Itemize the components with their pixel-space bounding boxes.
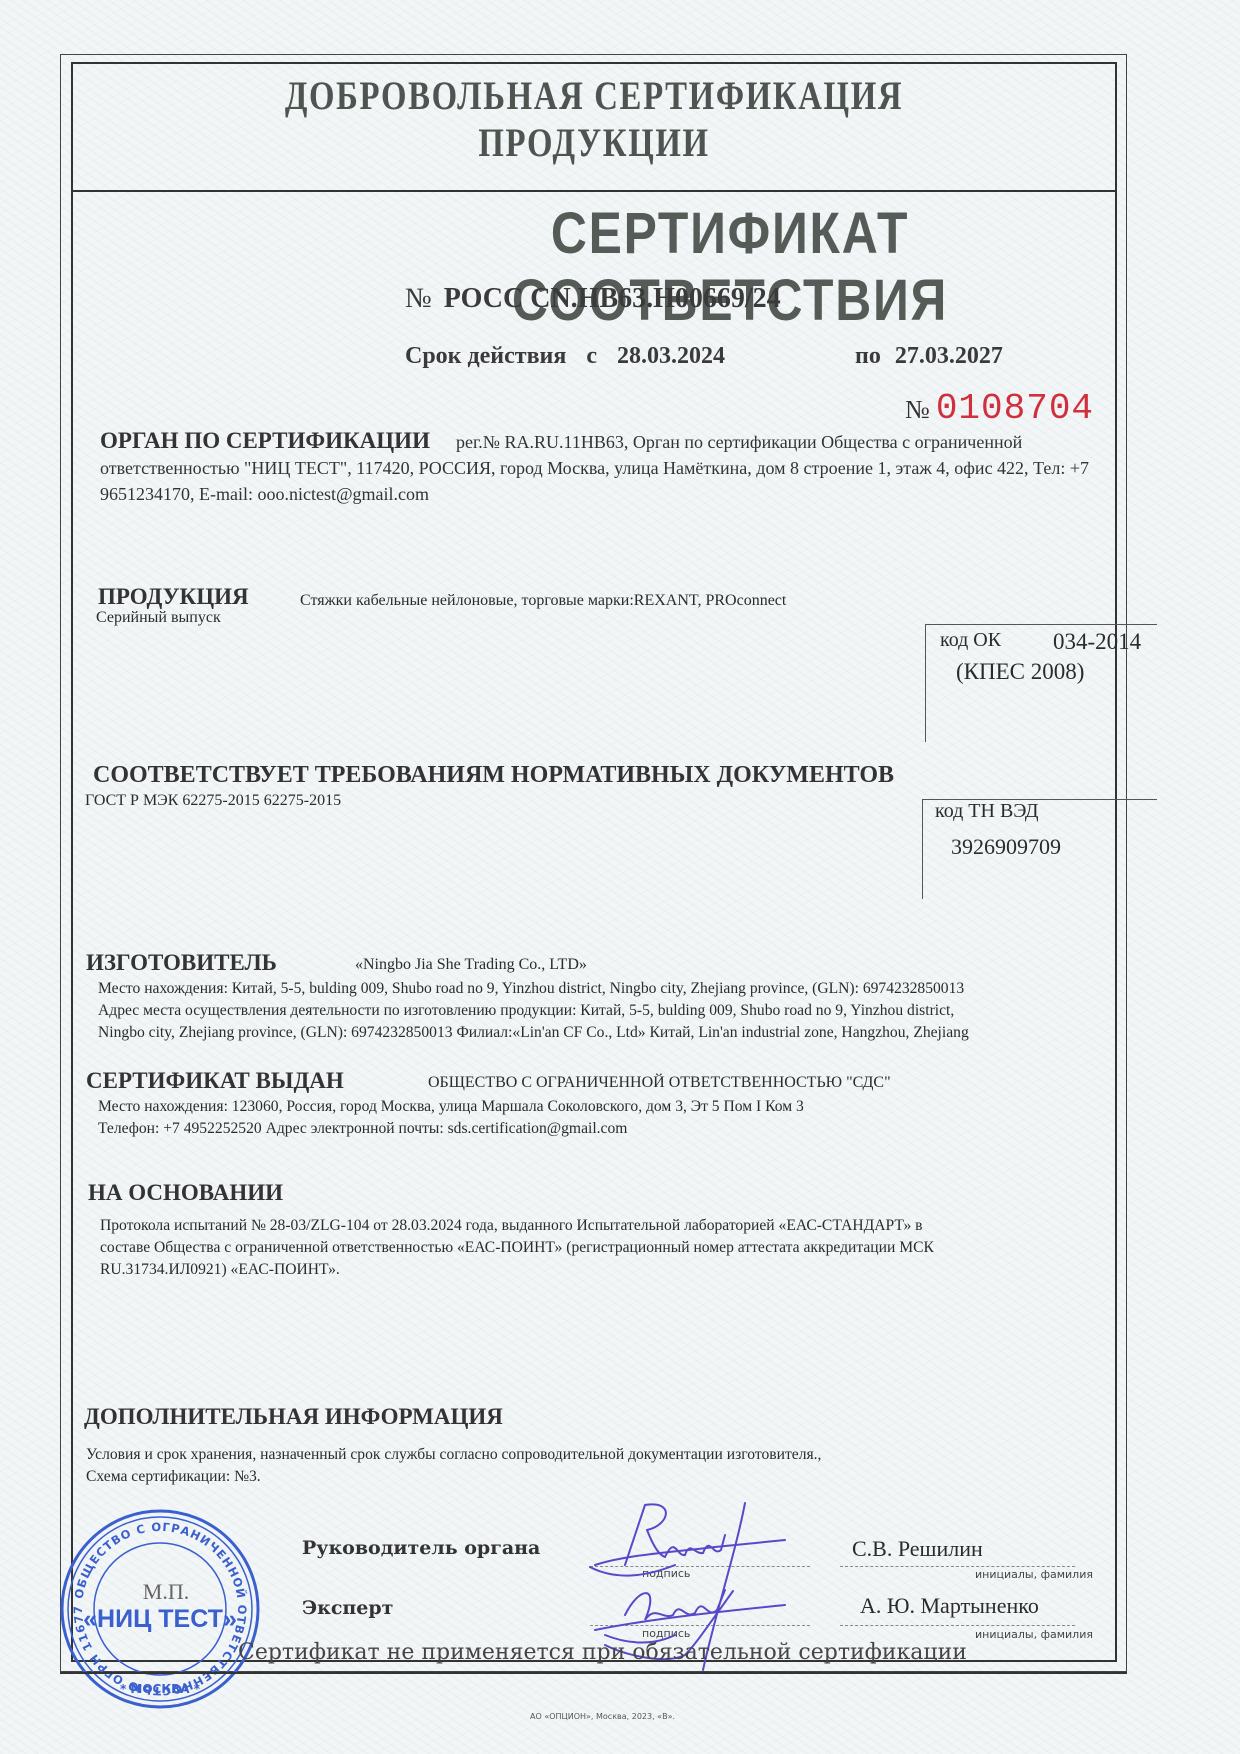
- manufacturer-name: «Ningbo Jia She Trading Co., LTD»: [355, 956, 587, 974]
- reg-no-value: РОСС CN.НВ63.Н00669/24: [444, 283, 781, 314]
- voluntary-disclaimer: Сертификат не применяется при обязательн…: [238, 1640, 967, 1665]
- additional-line: Схема сертификации: №3.: [86, 1466, 821, 1488]
- header-divider: [71, 190, 1117, 192]
- ok-code-value: 034-2014: [1053, 629, 1141, 655]
- serial-number-sign: №: [905, 395, 930, 424]
- valid-to-group: по27.03.2027: [855, 343, 1003, 370]
- serial-number: 0108704: [936, 388, 1094, 429]
- issued-to-title: СЕРТИФИКАТ ВЫДАН: [86, 1068, 344, 1094]
- manufacturer-line: Место нахождения: Китай, 5-5, bulding 00…: [98, 978, 1158, 1000]
- basis-line: составе Общества с ограниченной ответств…: [100, 1237, 1160, 1259]
- product-subtitle: Серийный выпуск: [96, 609, 221, 627]
- basis-title: НА ОСНОВАНИИ: [88, 1180, 283, 1206]
- voluntary-certification-title: ДОБРОВОЛЬНАЯ СЕРТИФИКАЦИЯ ПРОДУКЦИИ: [165, 72, 1023, 166]
- registration-number: №РОСС CN.НВ63.Н00669/24: [405, 283, 781, 315]
- to-label: по: [855, 343, 881, 369]
- svg-text:* МОСКВА *: * МОСКВА *: [120, 1682, 201, 1696]
- head-name: С.В. Решилин: [852, 1536, 983, 1562]
- normative-documents: ГОСТ Р МЭК 62275-2015 62275-2015: [85, 792, 341, 810]
- ok-code-box: код ОК 034-2014 (КПЕС 2008): [925, 624, 1157, 742]
- additional-info-text: Условия и срок хранения, назначенный сро…: [86, 1444, 821, 1488]
- tnved-label: код ТН ВЭД: [935, 800, 1038, 823]
- printer-imprint: АО «ОПЦИОН», Москва, 2023, «В».: [530, 1712, 675, 1721]
- bottom-rule: [60, 1672, 1127, 1674]
- expert-name-line: [840, 1625, 1075, 1626]
- manufacturer-title: ИЗГОТОВИТЕЛЬ: [86, 950, 277, 976]
- form-serial: №0108704: [905, 388, 1094, 429]
- ok-code-label: код ОК: [940, 629, 1001, 652]
- issued-to-line: Телефон: +7 4952252520 Адрес электронной…: [98, 1118, 804, 1140]
- basis-line: Протокола испытаний № 28-03/ZLG-104 от 2…: [100, 1215, 1160, 1237]
- certification-body: ОРГАН ПО СЕРТИФИКАЦИИрег.№ RA.RU.11НВ63,…: [100, 428, 1100, 507]
- manufacturer-line: Адрес места осуществления деятельности п…: [98, 1000, 1158, 1022]
- head-name-line: [840, 1566, 1075, 1567]
- tnved-code-box: код ТН ВЭД 3926909709: [922, 799, 1157, 899]
- manufacturer-line: Ningbo city, Zhejiang province, (GLN): 6…: [98, 1022, 1158, 1044]
- additional-line: Условия и срок хранения, назначенный сро…: [86, 1444, 821, 1466]
- validity-label: Срок действия: [405, 343, 566, 369]
- additional-info-title: ДОПОЛНИТЕЛЬНАЯ ИНФОРМАЦИЯ: [84, 1404, 503, 1430]
- issued-to-address: Место нахождения: 123060, Россия, город …: [98, 1096, 804, 1140]
- number-sign: №: [405, 283, 432, 314]
- expert-label: Эксперт: [302, 1597, 393, 1619]
- expert-name: А. Ю. Мартыненко: [860, 1593, 1039, 1619]
- svg-text:«НИЦ ТЕСТ»: «НИЦ ТЕСТ»: [83, 1605, 237, 1633]
- product-title: ПРОДУКЦИЯ: [98, 584, 249, 610]
- issued-to-line: Место нахождения: 123060, Россия, город …: [98, 1096, 804, 1118]
- validity-period: Срок действия с 28.03.2024 по27.03.2027: [405, 343, 1135, 370]
- head-of-body-label: Руководитель органа: [302, 1537, 540, 1559]
- valid-to: 27.03.2027: [895, 343, 1003, 369]
- basis-line: RU.31734.ИЛ0921) «ЕАС-ПОИНТ».: [100, 1259, 1160, 1281]
- issued-to-name: ОБЩЕСТВО С ОГРАНИЧЕННОЙ ОТВЕТСТВЕННОСТЬЮ…: [428, 1074, 891, 1092]
- manufacturer-address: Место нахождения: Китай, 5-5, bulding 00…: [98, 978, 1158, 1044]
- product-value: Стяжки кабельные нейлоновые, торговые ма…: [300, 592, 786, 610]
- tnved-value: 3926909709: [951, 834, 1061, 860]
- svg-text:М.П.: М.П.: [143, 1579, 189, 1604]
- certification-body-title: ОРГАН ПО СЕРТИФИКАЦИИ: [100, 428, 430, 453]
- compliance-title: СООТВЕТСТВУЕТ ТРЕБОВАНИЯМ НОРМАТИВНЫХ ДО…: [93, 762, 894, 789]
- ok-code-sub: (КПЕС 2008): [956, 659, 1084, 685]
- from-label: с: [586, 343, 597, 369]
- name-caption: инициалы, фамилия: [975, 1628, 1093, 1641]
- name-caption: инициалы, фамилия: [975, 1568, 1093, 1581]
- valid-from: 28.03.2024: [617, 343, 725, 369]
- basis-text: Протокола испытаний № 28-03/ZLG-104 от 2…: [100, 1215, 1160, 1281]
- nic-test-stamp-icon: ОБЩЕСТВО С ОГРАНИЧЕННОЙ ОТВЕТСТВЕННОСТЬЮ…: [58, 1507, 262, 1711]
